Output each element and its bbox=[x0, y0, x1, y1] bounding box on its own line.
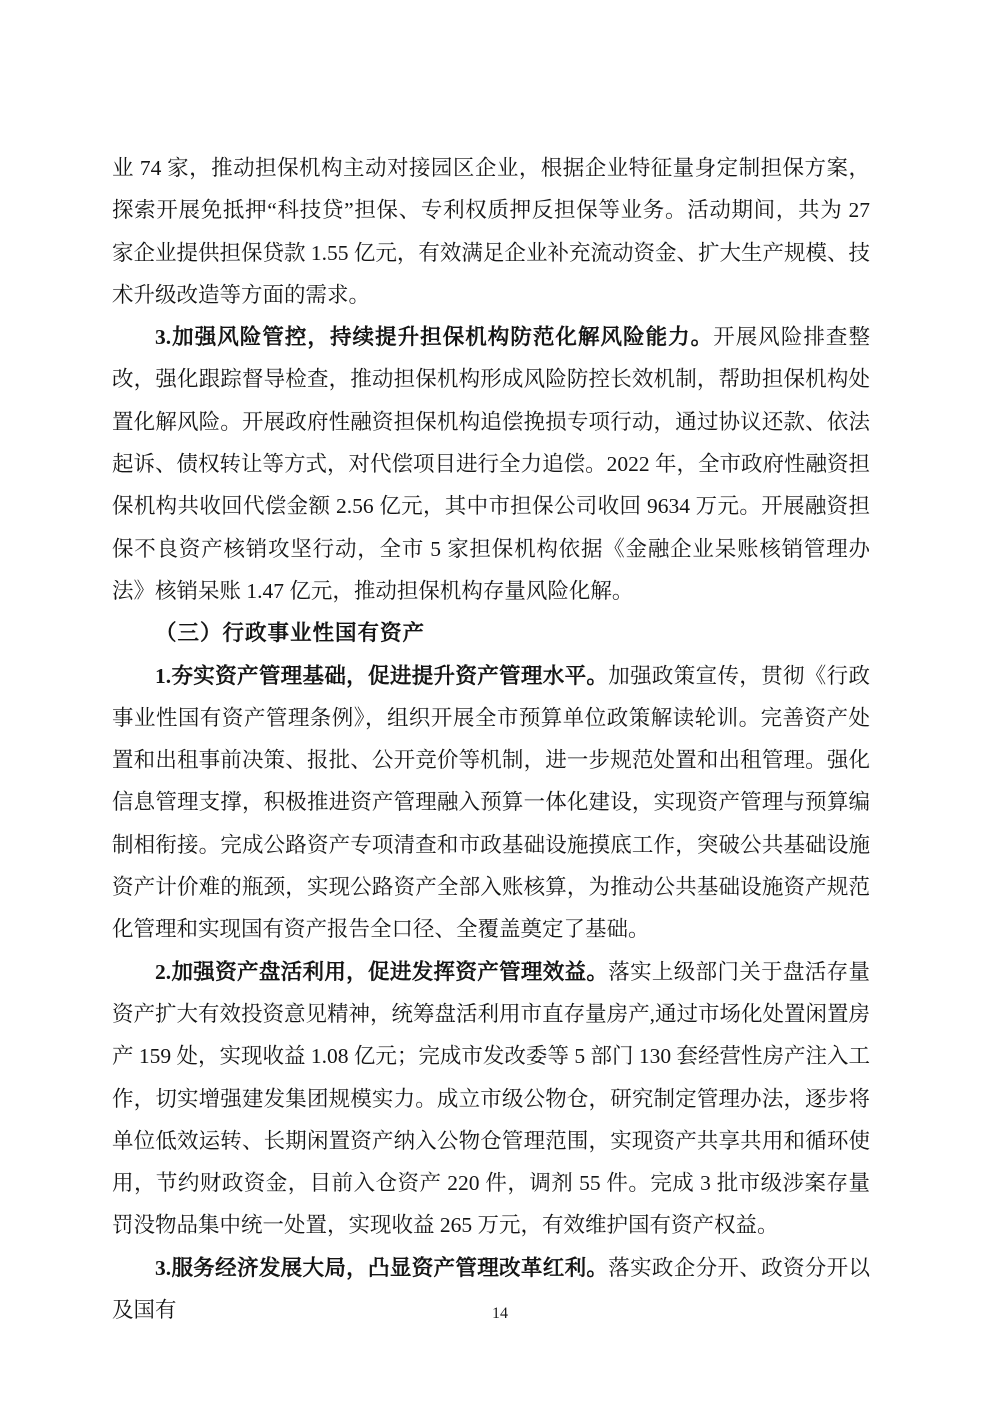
page-number: 14 bbox=[0, 1303, 1000, 1325]
paragraph-body-text: 加强政策宣传，贯彻《行政事业性国有资产管理条例》，组织开展全市预算单位政策解读轮… bbox=[112, 664, 870, 942]
paragraph-asset-management-foundation: 1.夯实资产管理基础，促进提升资产管理水平。加强政策宣传，贯彻《行政事业性国有资… bbox=[112, 655, 870, 951]
paragraph-body-text: 开展风险排查整改，强化跟踪督导检查，推动担保机构形成风险防控长效机制，帮助担保机… bbox=[112, 325, 870, 603]
paragraph-asset-utilization: 2.加强资产盘活利用，促进发挥资产管理效益。落实上级部门关于盘活存量资产扩大有效… bbox=[112, 951, 870, 1247]
paragraph-risk-control: 3.加强风险管控，持续提升担保机构防范化解风险能力。开展风险排查整改，强化跟踪督… bbox=[112, 316, 870, 612]
paragraph-bold-lead: 3.加强风险管控，持续提升担保机构防范化解风险能力。 bbox=[155, 325, 713, 349]
paragraph-bold-lead: 2.加强资产盘活利用，促进发挥资产管理效益。 bbox=[155, 960, 608, 984]
paragraph-bold-lead: 3.服务经济发展大局，凸显资产管理改革红利。 bbox=[155, 1256, 608, 1280]
paragraph-body-text: 落实上级部门关于盘活存量资产扩大有效投资意见精神，统筹盘活利用市直存量房产,通过… bbox=[112, 960, 870, 1238]
section-heading-administrative-state-assets: （三）行政事业性国有资产 bbox=[112, 612, 870, 654]
paragraph-bold-lead: 1.夯实资产管理基础，促进提升资产管理水平。 bbox=[155, 664, 608, 688]
paragraph-continuation: 业 74 家，推动担保机构主动对接园区企业，根据企业特征量身定制担保方案，探索开… bbox=[112, 147, 870, 316]
document-page: 业 74 家，推动担保机构主动对接园区企业，根据企业特征量身定制担保方案，探索开… bbox=[0, 0, 1000, 1415]
